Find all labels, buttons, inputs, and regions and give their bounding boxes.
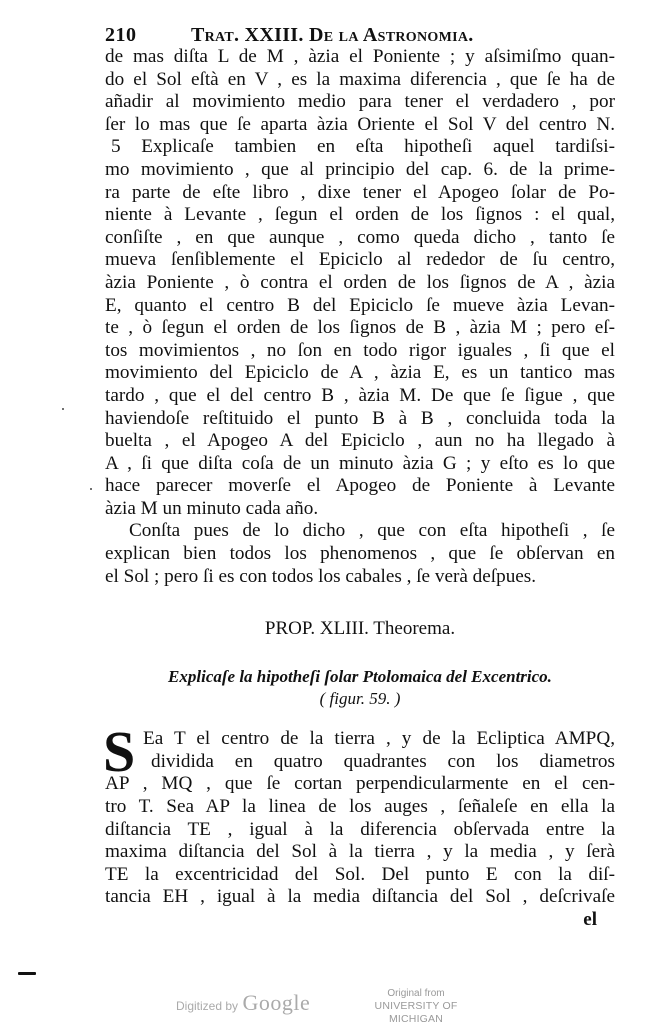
text-line: dividida en quatro quadrantes con los di…: [105, 751, 615, 774]
original-from-label: Original from: [356, 988, 476, 1000]
text-line: A , ſi que diſta coſa de un minuto àzia …: [105, 453, 615, 476]
original-source: Original from UNIVERSITY OF MICHIGAN: [356, 988, 476, 1024]
text-line: tardo , que el del centro B , àzia M. De…: [105, 385, 615, 408]
margin-speck: [90, 488, 92, 490]
text-line: do el Sol eſtà en V , es la maxima difer…: [105, 69, 615, 92]
text-line: de mas diſta L de M , àzia el Poniente ;…: [105, 46, 615, 69]
paragraph-5: 5 Explicaſe tambien en eſta hipotheſi aq…: [105, 136, 615, 520]
text-line: ra parte de eſte libro , dixe tener el A…: [105, 182, 615, 205]
text-line: haviendoſe reſtituido el punto B à B , c…: [105, 408, 615, 431]
catchword: el: [105, 909, 615, 931]
text-line: mueva ſenſiblemente el Epiciclo al reded…: [105, 249, 615, 272]
text-line: hace parecer moverſe el Apogeo de Ponien…: [105, 475, 615, 498]
digitized-by-label: Digitized by Google: [176, 990, 310, 1016]
text-line: TE la excentricidad del Sol. Del punto E…: [105, 864, 615, 887]
text-line: el Sol ; pero ſi es con todos los cabale…: [105, 566, 615, 589]
text-line: Conſta pues de lo dicho , que con eſta h…: [105, 520, 615, 543]
paragraph-conclusion: Conſta pues de lo dicho , que con eſta h…: [105, 520, 615, 588]
margin-mark: [18, 972, 36, 975]
paragraph-proposition: S Ea T el centro de la tierra , y de la …: [105, 728, 615, 931]
text-line: niente à Levante , ſegun el orden de los…: [105, 204, 615, 227]
book-page: 210 Trat. XXIII. De la Astronomia. de ma…: [105, 24, 615, 931]
proposition-title: PROP. XLIII. Theorema.: [105, 618, 615, 642]
text-line: tos movimientos , no ſon en todo rigor i…: [105, 340, 615, 363]
drop-cap: S: [103, 730, 135, 774]
text-line: ſer lo mas que ſe aparta àzia Oriente el…: [105, 114, 615, 137]
text-line: maxima diſtancia del Sol à la tierra , y…: [105, 841, 615, 864]
text-line: mo movimiento , que al principio del cap…: [105, 159, 615, 182]
text-line: movimiento del Epiciclo de A , àzia E, e…: [105, 362, 615, 385]
paragraph-continuation: de mas diſta L de M , àzia el Poniente ;…: [105, 46, 615, 136]
running-title: Trat. XXIII. De la Astronomia.: [191, 24, 474, 46]
google-logo: Google: [242, 990, 310, 1015]
text-line: tancia EH , igual à la media diſtancia d…: [105, 886, 615, 909]
text-line: AP , MQ , que ſe cortan perpendicularmen…: [105, 773, 615, 796]
running-header: 210 Trat. XXIII. De la Astronomia.: [105, 24, 615, 46]
digitization-footer: Digitized by Google Original from UNIVER…: [0, 988, 663, 1018]
institution-name: UNIVERSITY OF MICHIGAN: [356, 1000, 476, 1024]
text-line: 5 Explicaſe tambien en eſta hipotheſi aq…: [105, 136, 615, 159]
text-line: explican bien todos los phenomenos , que…: [105, 543, 615, 566]
text-line: diſtancia TE , igual à la diferencia obſ…: [105, 819, 615, 842]
text-line: tro T. Sea AP la linea de los auges , ſe…: [105, 796, 615, 819]
figure-reference: ( figur. 59. ): [105, 688, 615, 710]
text-line: conſiſte , en que aunque , como queda di…: [105, 227, 615, 250]
digitized-prefix: Digitized by: [176, 999, 238, 1013]
proposition-subtitle: Explicaſe la hipotheſi ſolar Ptolomaica …: [105, 666, 615, 688]
text-line: te , ò ſegun el orden de los ſignos de B…: [105, 317, 615, 340]
text-line: àzia Poniente , ò contra el orden de los…: [105, 272, 615, 295]
text-line: E, quanto el centro B del Epiciclo ſe mu…: [105, 295, 615, 318]
text-line: añadir al movimiento medio para tener el…: [105, 91, 615, 114]
text-line: buelta , el Apogeo A del Epiciclo , aun …: [105, 430, 615, 453]
text-line: Ea T el centro de la tierra , y de la Ec…: [105, 728, 615, 751]
page-number: 210: [105, 24, 137, 46]
margin-speck: [62, 408, 64, 410]
text-line: àzia M un minuto cada año.: [105, 498, 615, 521]
